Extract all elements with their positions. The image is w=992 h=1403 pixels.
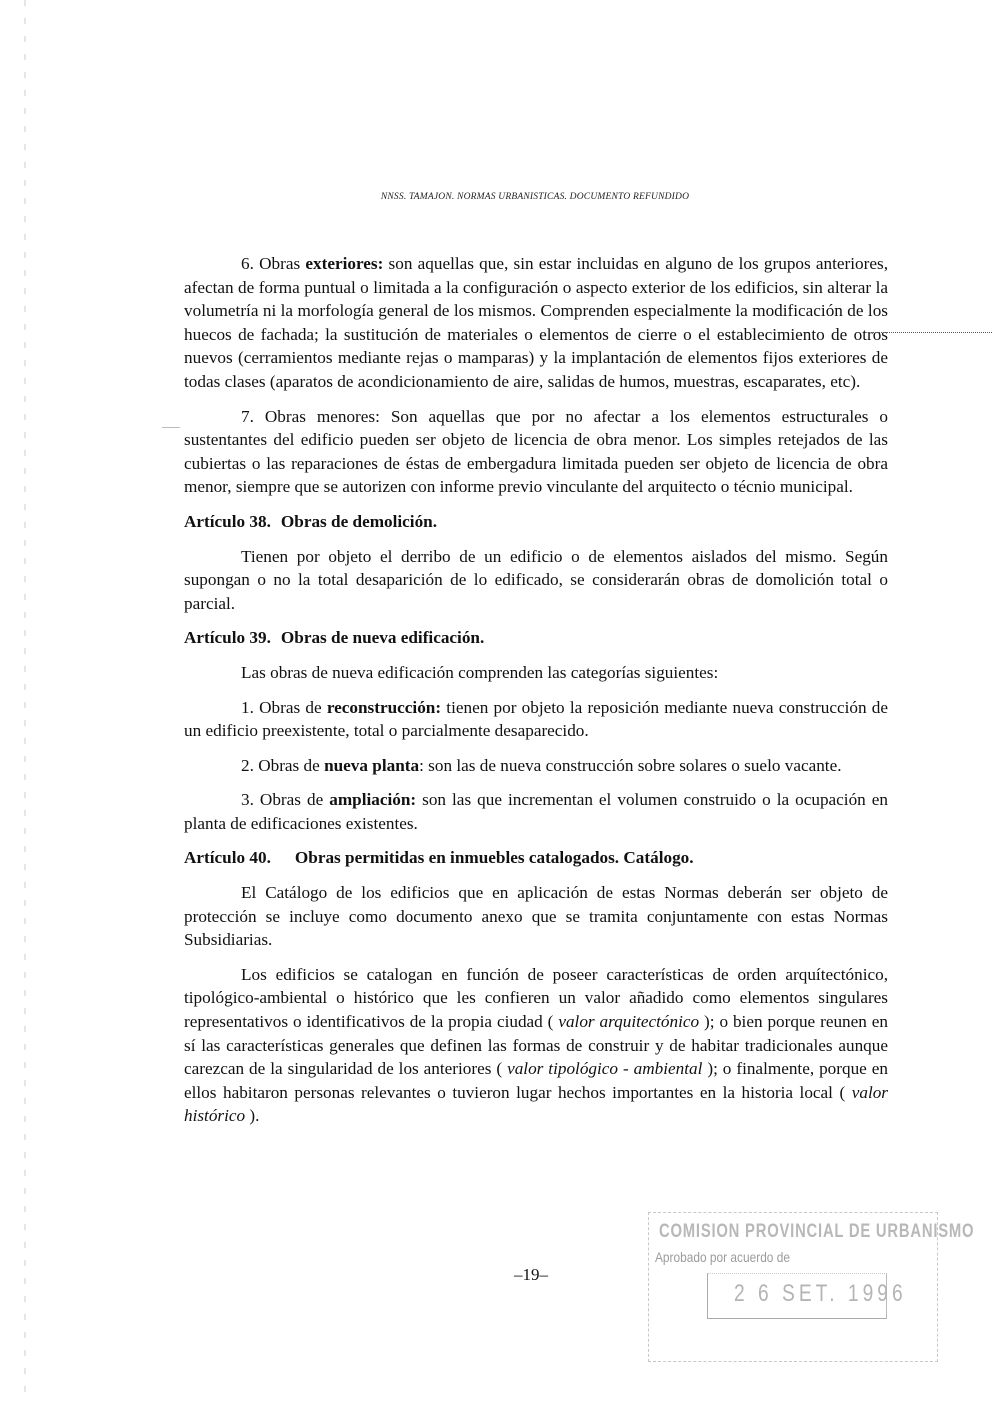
heading-articulo-38: Artículo 38.Obras de demolición. [184, 510, 888, 534]
scan-edge-artifact [24, 0, 26, 1403]
heading-articulo-40: Artículo 40.Obras permitidas en inmueble… [184, 846, 888, 870]
paragraph-catalogo: El Catálogo de los edificios que en apli… [184, 881, 888, 952]
approval-stamp: COMISION PROVINCIAL DE URBANISMO Aprobad… [648, 1212, 938, 1362]
article-title: Obras de demolición. [281, 512, 437, 531]
document-body: 6. Obras exteriores: son aquellas que, s… [184, 252, 888, 1139]
text-run: ). [245, 1106, 259, 1125]
term-exteriores: exteriores: [305, 254, 383, 273]
term-nueva-planta: nueva planta [324, 756, 419, 775]
article-label: Artículo 38. [184, 512, 271, 531]
term-ampliacion: ampliación: [329, 790, 416, 809]
paragraph-catalogacion: Los edificios se catalogan en función de… [184, 963, 888, 1128]
heading-articulo-39: Artículo 39.Obras de nueva edificación. [184, 626, 888, 650]
item-prefix: 3. Obras de [241, 790, 329, 809]
article-label: Artículo 39. [184, 628, 271, 647]
item-text: son aquellas que, sin estar incluidas en… [184, 254, 888, 391]
term-reconstruccion: reconstrucción: [327, 698, 441, 717]
italic-valor-arquitectonico: valor arquitectónico [558, 1012, 699, 1031]
stamp-date: 2 6 SET. 1996 [734, 1280, 907, 1308]
paragraph-ampliacion: 3. Obras de ampliación: son las que incr… [184, 788, 888, 835]
item-number: 6. Obras [241, 254, 305, 273]
running-header: NNSS. TAMAJON. NORMAS URBANISTICAS. DOCU… [0, 192, 992, 202]
stamp-date-box: 2 6 SET. 1996 [707, 1273, 887, 1319]
paragraph-obras-menores: 7. Obras menores: Son aquellas que por n… [184, 405, 888, 499]
scan-strike-line [868, 332, 992, 334]
paragraph-nueva-edificacion-intro: Las obras de nueva edificación comprende… [184, 661, 888, 685]
stamp-title: COMISION PROVINCIAL DE URBANISMO [659, 1221, 974, 1243]
paragraph-demolicion: Tienen por objeto el derribo de un edifi… [184, 545, 888, 616]
stamp-subtitle: Aprobado por acuerdo de [655, 1249, 790, 1265]
italic-valor-tipologico: valor tipológico - ambiental [507, 1059, 702, 1078]
item-text: : son las de nueva construcción sobre so… [419, 756, 841, 775]
article-title: Obras de nueva edificación. [281, 628, 484, 647]
paragraph-nueva-planta: 2. Obras de nueva planta: son las de nue… [184, 754, 888, 778]
paragraph-reconstruccion: 1. Obras de reconstrucción: tienen por o… [184, 696, 888, 743]
item-prefix: 2. Obras de [241, 756, 324, 775]
article-title: Obras permitidas en inmuebles catalogado… [295, 848, 694, 867]
item-prefix: 1. Obras de [241, 698, 327, 717]
margin-dash [162, 427, 180, 428]
paragraph-obras-exteriores: 6. Obras exteriores: son aquellas que, s… [184, 252, 888, 394]
article-label: Artículo 40. [184, 848, 271, 867]
